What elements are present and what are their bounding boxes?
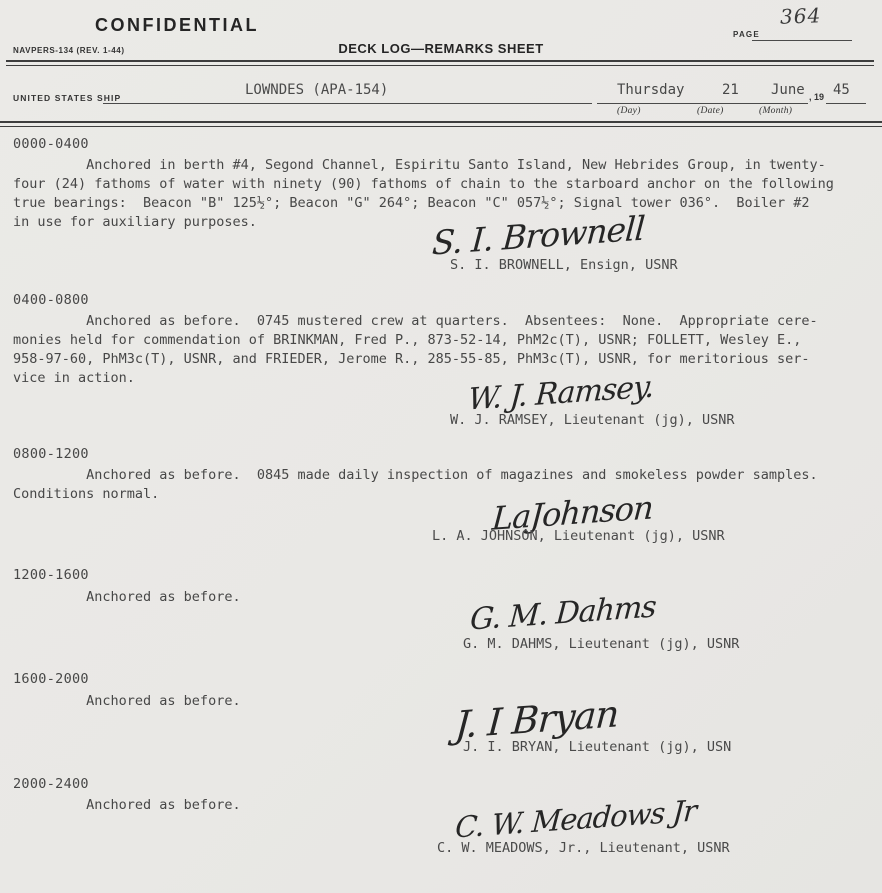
form-header: CONFIDENTIAL PAGE 364 NAVPERS-134 (REV. …: [0, 0, 882, 893]
date-field-label: (Date): [697, 106, 724, 116]
form-title: DECK LOG—REMARKS SHEET: [0, 41, 882, 56]
ship-label: UNITED STATES SHIP: [13, 93, 121, 103]
date-month-typed: June: [771, 82, 805, 98]
ship-name-line: [103, 103, 592, 104]
date-line: [597, 103, 808, 104]
year-typed: 45: [833, 82, 850, 98]
day-field-label: (Day): [617, 106, 641, 116]
date-day-typed: Thursday: [617, 82, 684, 98]
page-label: PAGE: [733, 30, 760, 39]
classification-stamp: CONFIDENTIAL: [95, 15, 259, 36]
date-number-typed: 21: [722, 82, 739, 98]
divider-rule: [6, 60, 874, 66]
deck-log-page: CONFIDENTIAL PAGE 364 NAVPERS-134 (REV. …: [0, 0, 882, 893]
year-prefix-label: , 19: [809, 92, 824, 102]
divider-rule: [0, 121, 882, 127]
month-field-label: (Month): [759, 106, 792, 116]
year-line: [826, 103, 866, 104]
ship-name-typed: LOWNDES (APA-154): [245, 82, 388, 98]
page-number-handwritten: 364: [780, 3, 822, 28]
